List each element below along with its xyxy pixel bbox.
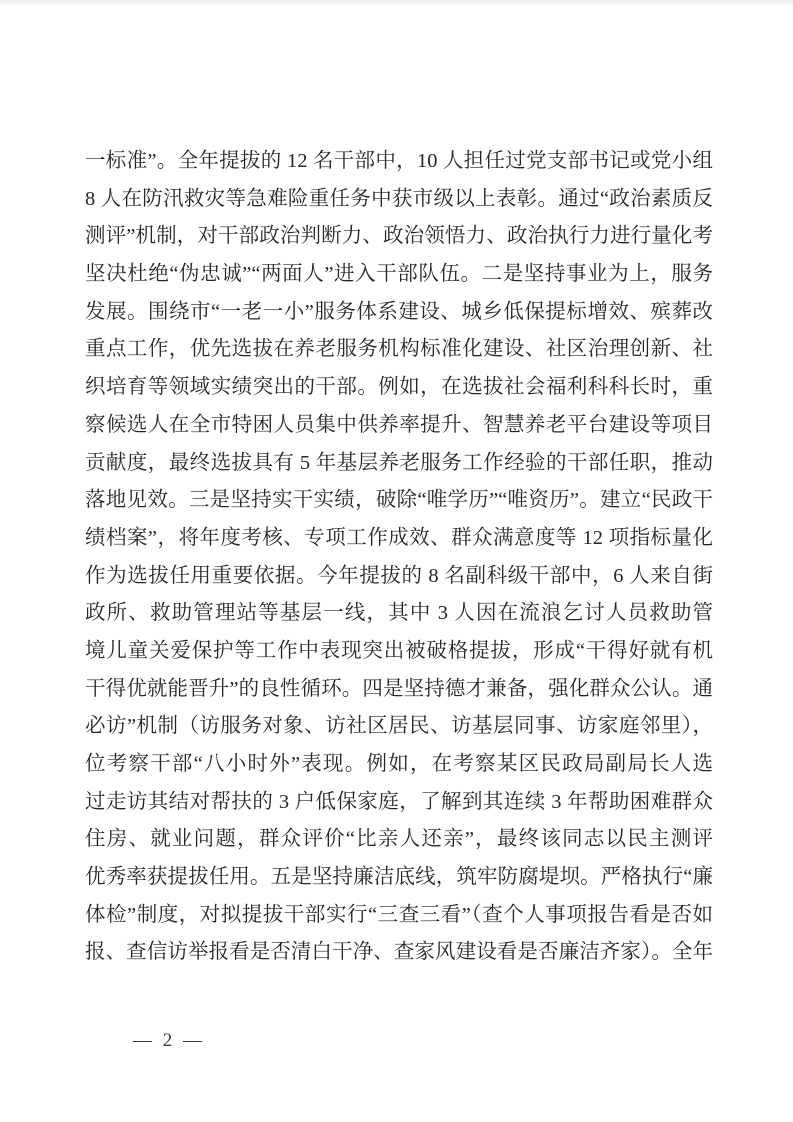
text-line: 作为选拔任用重要依据。今年提拔的 8 名副科级干部中，6 人来自街道民 [85,558,713,596]
text-line: 体检”制度，对拟提拔干部实行“三查三看”（查个人事项报告看是否如实申 [85,897,713,935]
text-line: 8 人在防汛救灾等急难险重任务中获市级以上表彰。通过“政治素质反向 [85,181,713,219]
text-line: 测评”机制，对干部政治判断力、政治领悟力、政治执行力进行量化考评， [85,218,713,256]
text-line: 报、查信访举报看是否清白干净、查家风建设看是否廉洁齐家）。全年有 [85,934,713,972]
text-line: 干得优就能晋升”的良性循环。四是坚持德才兼备，强化群众公认。通过“四 [85,671,713,709]
text-line: 落地见效。三是坚持实干实绩，破除“唯学历”“唯资历”。建立“民政干部实 [85,482,713,520]
text-line: 必访”机制（访服务对象、访社区居民、访基层同事、访家庭邻里），全方 [85,708,713,746]
document-page: 一标准”。全年提拔的 12 名干部中，10 人担任过党支部书记或党小组组长， 8… [0,0,793,1122]
body-text: 一标准”。全年提拔的 12 名干部中，10 人担任过党支部书记或党小组组长， 8… [85,143,713,972]
text-line: 察候选人在全市特困人员集中供养率提升、智慧养老平台建设等项目中的 [85,407,713,445]
text-line: 政所、救助管理站等基层一线，其中 3 人因在流浪乞讨人员救助管理、困 [85,595,713,633]
text-line: 发展。围绕市“一老一小”服务体系建设、城乡低保提标增效、殡葬改革等 [85,294,713,332]
text-line: 过走访其结对帮扶的 3 户低保家庭，了解到其连续 3 年帮助困难群众解决 [85,784,713,822]
page-number: — 2 — [133,1029,205,1053]
text-line: 织培育等领域实绩突出的干部。例如，在选拔社会福利科科长时，重点考 [85,369,713,407]
text-line: 贡献度，最终选拔具有 5 年基层养老服务工作经验的干部任职，推动工作 [85,445,713,483]
text-line: 位考察干部“八小时外”表现。例如，在考察某区民政局副局长人选时，通 [85,746,713,784]
text-line: 住房、就业问题，群众评价“比亲人还亲”，最终该同志以民主测评 95%的 [85,821,713,859]
text-line: 重点工作，优先选拔在养老服务机构标准化建设、社区治理创新、社会组 [85,331,713,369]
text-line: 绩档案”，将年度考核、专项工作成效、群众满意度等 12 项指标量化评分， [85,520,713,558]
text-line: 优秀率获提拔任用。五是坚持廉洁底线，筑牢防腐堤坝。严格执行“廉洁 [85,859,713,897]
text-line: 境儿童关爱保护等工作中表现突出被破格提拔，形成“干得好就有机会、 [85,633,713,671]
text-line: 坚决杜绝“伪忠诚”“两面人”进入干部队伍。二是坚持事业为上，服务民政 [85,256,713,294]
text-line: 一标准”。全年提拔的 12 名干部中，10 人担任过党支部书记或党小组组长， [85,143,713,181]
